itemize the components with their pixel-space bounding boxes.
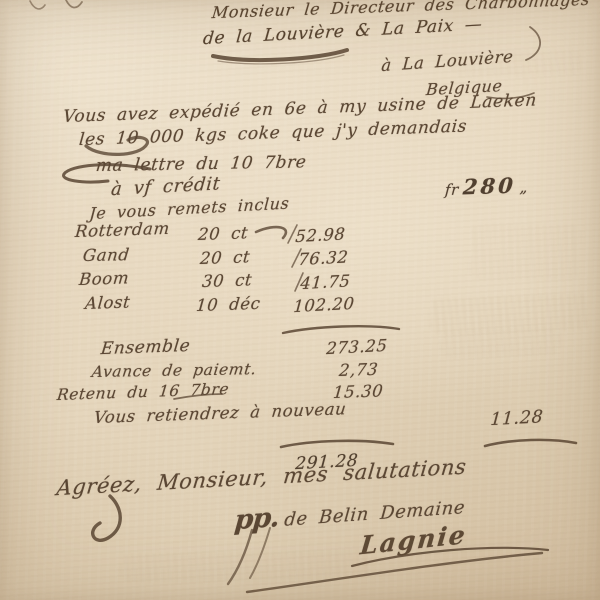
credit-label: à vf crédit [110, 173, 221, 200]
total-rule-left [281, 441, 393, 447]
corner-mark-stroke [66, 0, 82, 8]
pp-descender [228, 530, 252, 584]
shipment-amount: 76.32 [298, 247, 350, 269]
credit-amount: fr280„ [444, 172, 529, 200]
summary-nouveau-amount: 11.28 [490, 407, 544, 430]
pp-monogram: pp. [233, 502, 286, 537]
corner-mark-stroke [30, 1, 45, 9]
summary-ensemble-label: Ensemble [100, 336, 192, 359]
summary-ensemble-amount: 273.25 [326, 336, 389, 358]
bleedthrough-ink [470, 224, 580, 280]
shipment-place: Alost [84, 292, 131, 313]
letter-page: Monsieur le Directeur des Charbonnages d… [0, 0, 600, 600]
address-line-city: à La Louvière [381, 47, 514, 75]
summary-nouveau-label: Vous retiendrez à nouveau [93, 399, 347, 427]
address-underline-flourish [213, 50, 347, 60]
total-rule-right [485, 440, 576, 446]
shipment-qty: 10 déc [195, 294, 261, 315]
signature-long-tail [247, 553, 542, 592]
address-underline-echo [218, 55, 344, 64]
body-line-3: ma lettre du 10 7bre [95, 152, 308, 176]
credit-amount-value: 280 [458, 172, 521, 199]
shipment-place: Gand [82, 245, 131, 265]
summary-avance-amount: 2,73 [338, 360, 379, 380]
summary-retenu-label: Retenu du 16 7bre [56, 380, 230, 404]
bleedthrough-ink [120, 550, 370, 582]
shipment-qty: 20 ct [197, 223, 249, 244]
shipment-place: Boom [78, 268, 130, 289]
shipment-amount: 41.75 [300, 271, 352, 293]
shipment-qty: 30 ct [201, 270, 253, 291]
shipment-qty: 20 ct [199, 247, 251, 268]
currency-label: fr [444, 181, 459, 200]
shipment-place: Rotterdam [74, 219, 170, 241]
subtotal-rule [283, 326, 399, 333]
shipment-amount: 102.20 [293, 294, 356, 316]
pp-descender [250, 528, 270, 578]
ditto-mark: „ [519, 178, 529, 196]
bleedthrough-ink [429, 293, 590, 335]
agreez-paraph [93, 496, 121, 540]
bleedthrough-ink [440, 328, 561, 358]
address-tail-flourish [526, 27, 540, 60]
shipment-amount: 52.98 [295, 224, 347, 246]
summary-avance-label: Avance de paiemt. [91, 360, 258, 381]
row-bracket-flourish [256, 227, 286, 238]
